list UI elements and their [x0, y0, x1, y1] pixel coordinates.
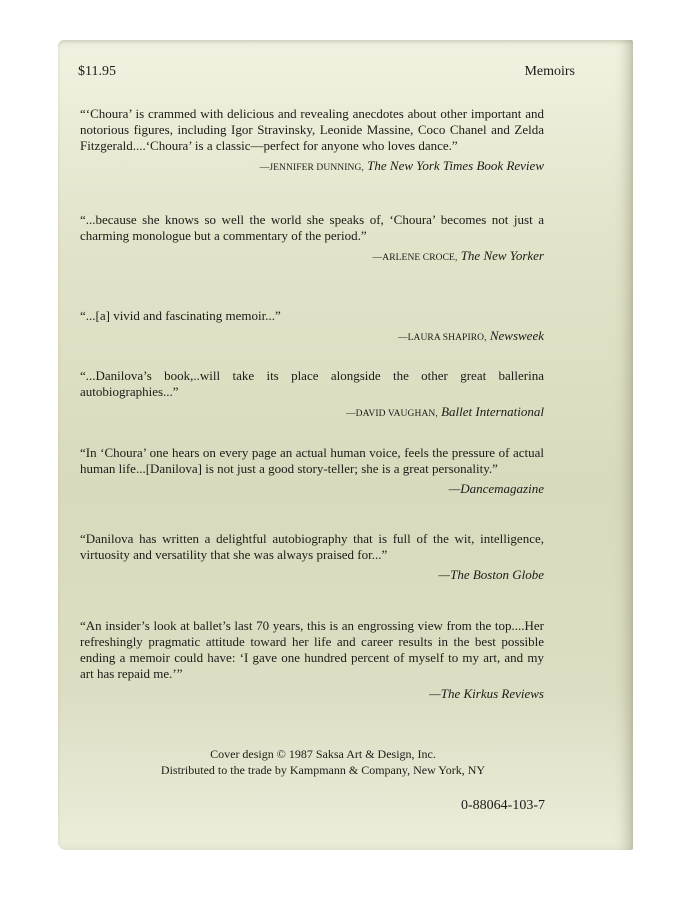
blurb: “Danilova has written a delightful autob… [80, 531, 544, 583]
blurb-quote: “‘Choura’ is crammed with delicious and … [80, 106, 544, 154]
blurb-attribution: —DAVID VAUGHAN, Ballet International [80, 404, 544, 420]
blurb-source: —The Boston Globe [439, 567, 544, 582]
isbn: 0-88064-103-7 [461, 798, 545, 814]
blurb-author: —LAURA SHAPIRO, [398, 333, 487, 343]
blurb-quote: “An insider’s look at ballet’s last 70 y… [80, 618, 544, 682]
blurb-source: Ballet International [438, 404, 544, 419]
category-label: Memoirs [524, 64, 575, 80]
blurb: “...[a] vivid and fascinating memoir...”… [80, 308, 544, 344]
header-line: $11.95 Memoirs [78, 64, 575, 80]
blurb: “‘Choura’ is crammed with delicious and … [80, 106, 544, 174]
blurb-attribution: —LAURA SHAPIRO, Newsweek [80, 328, 544, 344]
blurb-source: —Dancemagazine [449, 481, 544, 496]
blurb-attribution: —The Kirkus Reviews [80, 686, 544, 702]
blurb-attribution: —Dancemagazine [80, 481, 544, 497]
blurb-source: The New York Times Book Review [364, 158, 544, 173]
blurb-author: —JENNIFER DUNNING, [260, 163, 364, 173]
blurb-quote: “In ‘Choura’ one hears on every page an … [80, 445, 544, 477]
cover-design-credit: Cover design © 1987 Saksa Art & Design, … [58, 746, 588, 762]
blurb-quote: “...Danilova’s book,..will take its plac… [80, 368, 544, 400]
blurb: “...because she knows so well the world … [80, 212, 544, 264]
blurb-source: —The Kirkus Reviews [429, 686, 544, 701]
blurb-source: Newsweek [487, 328, 544, 343]
blurb-attribution: —The Boston Globe [80, 567, 544, 583]
blurb-quote: “...because she knows so well the world … [80, 212, 544, 244]
blurb: “In ‘Choura’ one hears on every page an … [80, 445, 544, 497]
book-back-cover: $11.95 Memoirs “‘Choura’ is crammed with… [58, 40, 633, 850]
blurb-source: The New Yorker [457, 248, 544, 263]
blurb-author: —ARLENE CROCE, [373, 253, 458, 263]
blurb-quote: “...[a] vivid and fascinating memoir...” [80, 308, 544, 324]
blurb: “An insider’s look at ballet’s last 70 y… [80, 618, 544, 702]
credits: Cover design © 1987 Saksa Art & Design, … [58, 746, 588, 778]
blurb-attribution: —JENNIFER DUNNING, The New York Times Bo… [80, 158, 544, 174]
blurb-attribution: —ARLENE CROCE, The New Yorker [80, 248, 544, 264]
distribution-credit: Distributed to the trade by Kampmann & C… [58, 762, 588, 778]
blurb-author: —DAVID VAUGHAN, [346, 409, 438, 419]
price: $11.95 [78, 64, 116, 80]
blurb-quote: “Danilova has written a delightful autob… [80, 531, 544, 563]
blurb: “...Danilova’s book,..will take its plac… [80, 368, 544, 420]
